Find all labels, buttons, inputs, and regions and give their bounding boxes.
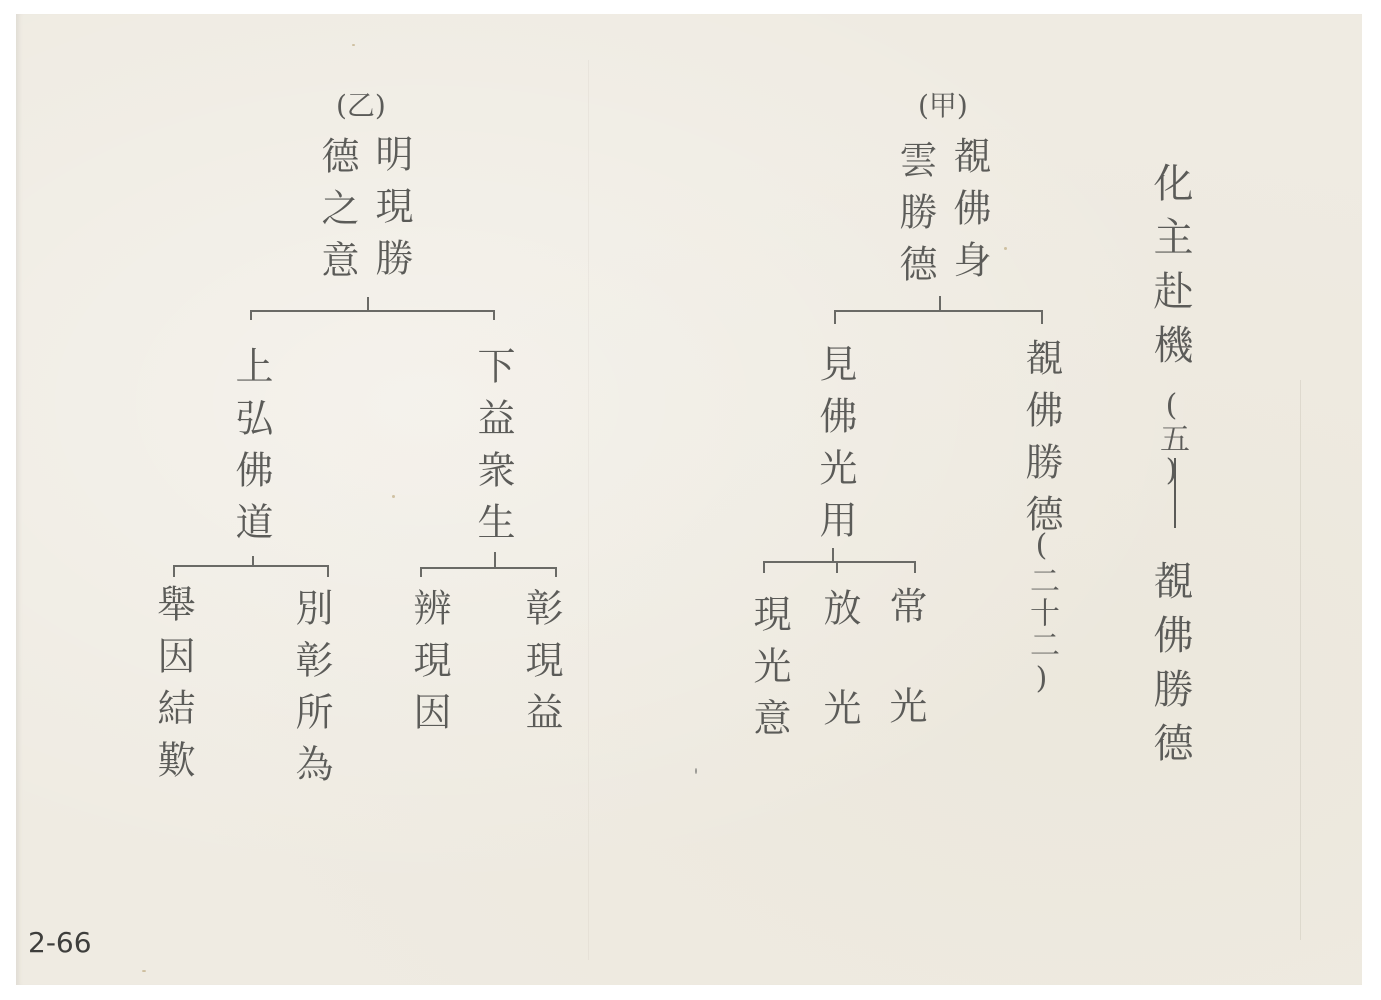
title-dash <box>1174 458 1176 528</box>
title-number: (五) <box>1156 388 1186 488</box>
branch-label: 上弘佛道 <box>232 346 270 554</box>
bracket-drop <box>1041 310 1043 324</box>
leaf-label: 辨現因 <box>410 588 448 744</box>
bracket-bar <box>173 565 328 567</box>
bracket-drop <box>834 310 836 324</box>
title-subject: 覩佛勝德 <box>1150 560 1190 776</box>
bracket-drop <box>327 565 329 577</box>
bracket-drop <box>836 561 838 573</box>
bracket-stem <box>939 296 941 310</box>
paper-crease <box>588 60 589 960</box>
leaf-label: 常光 <box>886 586 924 786</box>
bracket-stem <box>252 556 254 565</box>
leaf-label: 彰現益 <box>522 588 560 744</box>
leaf-label: 舉因結歎 <box>154 584 192 792</box>
branch-label: 覩佛勝德 <box>1022 338 1060 546</box>
bracket-bar <box>420 567 556 569</box>
bracket-bar <box>250 310 494 312</box>
bracket-drop <box>420 567 422 577</box>
bracket-stem <box>494 552 496 567</box>
section-jia-heading-col2: 雲勝德 <box>896 140 934 296</box>
leaf-label: 放光 <box>820 588 858 788</box>
bracket-bar <box>763 561 915 563</box>
bracket-drop <box>914 561 916 573</box>
leaf-label: 別彰所為 <box>292 588 330 796</box>
bracket-drop <box>173 565 175 577</box>
section-jia-marker: (甲) <box>918 84 968 124</box>
branch-note: (二十二) <box>1026 528 1056 698</box>
bracket-drop <box>555 567 557 577</box>
branch-label: 見佛光用 <box>816 344 854 552</box>
leaf-label: 現光意 <box>750 594 788 750</box>
section-yi-heading-col1: 明現勝 <box>372 134 410 290</box>
paper-speck <box>142 970 146 972</box>
bracket-drop <box>763 561 765 573</box>
page-number: 2-66 <box>28 926 92 959</box>
section-jia-heading-col1: 覩佛身 <box>950 136 988 292</box>
section-yi-heading-col2: 德之意 <box>318 136 356 292</box>
bracket-drop <box>493 310 495 320</box>
bracket-stem <box>832 548 834 561</box>
paper-sheet <box>16 14 1362 985</box>
bracket-drop <box>250 310 252 320</box>
bracket-stem <box>367 297 369 310</box>
bracket-bar <box>834 310 1042 312</box>
paper-speck <box>392 495 395 498</box>
branch-label: 下益衆生 <box>474 346 512 554</box>
paper-speck <box>1004 247 1007 250</box>
paper-crease <box>1300 380 1301 940</box>
paper-speck <box>695 768 697 774</box>
section-yi-marker: (乙) <box>336 84 386 124</box>
title-main: 化主赴機 <box>1150 162 1190 378</box>
paper-speck <box>352 44 355 46</box>
